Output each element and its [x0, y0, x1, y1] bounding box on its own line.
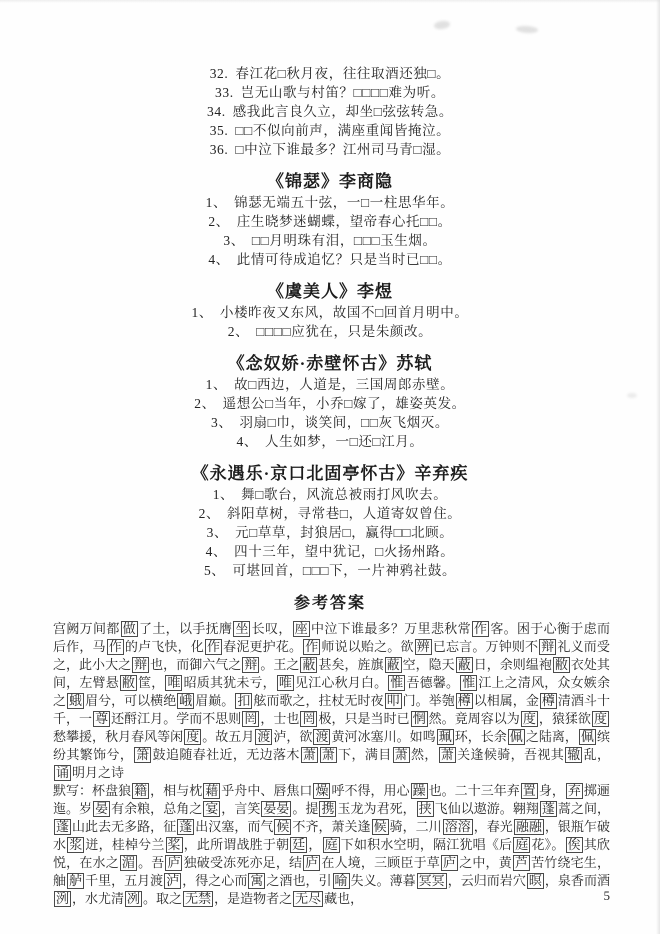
scan-edge-right [656, 0, 660, 934]
quiz-item: 5、可堪回首，□□□下，一片神鸦社鼓。 [0, 561, 660, 580]
quiz-item-text: □□不似向前声，满座重闻皆掩泣。 [235, 123, 450, 138]
boxed-answer-character: 洌 [54, 891, 71, 907]
boxed-answer-character: 躁 [411, 783, 428, 799]
boxed-answer-character: 辩 [539, 639, 556, 655]
boxed-answer-character: 坐 [233, 621, 250, 637]
quiz-item-number: 5、 [204, 563, 225, 578]
boxed-answer-character: 作 [107, 639, 124, 655]
boxed-answer-character: 箫 [134, 747, 151, 763]
quiz-item: 2、遥想公□当年，小乔□嫁了，雄姿英发。 [0, 394, 660, 413]
boxed-answer-character: 罔 [242, 711, 259, 727]
quiz-item: 33.岂无山歌与村笛？□□□□难为听。 [0, 83, 660, 102]
quiz-item: 2、□□□□应犹在，只是朱颜改。 [0, 322, 660, 341]
quiz-item-number: 4、 [208, 252, 229, 267]
boxed-answer-character: 燥 [313, 783, 330, 799]
quiz-item: 36.□中泣下谁最多？江州司马青□湿。 [0, 140, 660, 159]
boxed-answer-character: 度 [184, 729, 201, 745]
quiz-item-number: 1、 [192, 305, 213, 320]
quiz-item: 3、□□月明珠有泪，□□□玉生烟。 [0, 231, 660, 250]
quiz-item-text: 故□西边，人道是，三国周郎赤壁。 [234, 377, 454, 392]
boxed-answer-character: 庐 [303, 855, 320, 871]
quiz-item-text: 小楼昨夜又东风，故国不□回首月明中。 [220, 305, 468, 320]
quiz-item-text: □□月明珠有泪，□□□玉生烟。 [252, 233, 437, 248]
scan-artifact [627, 393, 637, 398]
quiz-item-number: 33. [215, 85, 234, 100]
quiz-body: 32.春江花□秋月夜，往往取酒还独□。33.岂无山歌与村笛？□□□□难为听。34… [0, 0, 660, 580]
boxed-answer-character: 冽 [125, 891, 142, 907]
quiz-item-text: □中泣下谁最多？江州司马青□湿。 [235, 142, 450, 157]
boxed-answer-character: 庐 [165, 855, 182, 871]
boxed-answer-character: 作 [303, 639, 320, 655]
quiz-item-number: 2、 [228, 324, 249, 339]
quiz-item-number: 2、 [194, 396, 215, 411]
boxed-answer-character: 蓬 [177, 819, 194, 835]
quiz-item-number: 34. [207, 104, 226, 119]
boxed-answer-character: 座 [293, 621, 310, 637]
boxed-answer-character: 寓 [248, 873, 265, 889]
boxed-answer-character: 辩 [242, 657, 259, 673]
boxed-answer-character: 挟 [417, 801, 434, 817]
boxed-answer-character: 度 [521, 711, 538, 727]
document-page: 32.春江花□秋月夜，往往取酒还独□。33.岂无山歌与村笛？□□□□难为听。34… [0, 0, 660, 934]
quiz-item-text: 遥想公□当年，小乔□嫁了，雄姿英发。 [223, 396, 466, 411]
boxed-answer-character: 俟 [566, 837, 583, 853]
quiz-item-number: 3、 [211, 415, 232, 430]
boxed-answer-character: 辨 [415, 639, 432, 655]
boxed-answer-character: 渡 [313, 729, 330, 745]
quiz-item-text: 春江花□秋月夜，往往取酒还独□。 [235, 66, 450, 81]
quiz-item-text: 人生如梦，一□还□江月。 [265, 434, 424, 449]
boxed-answer-character: 候 [274, 819, 291, 835]
boxed-answer-character: 叩 [385, 693, 402, 709]
quiz-item-text: 可堪回首，□□□下，一片神鸦社鼓。 [232, 563, 456, 578]
boxed-answer-character: 庭 [323, 837, 340, 853]
boxed-answer-character: 冥冥 [417, 873, 447, 889]
boxed-answer-character: 渡 [255, 729, 272, 745]
boxed-answer-character: 蔽 [300, 657, 317, 673]
boxed-answer-character: 扣 [235, 693, 252, 709]
boxed-answer-character: 晏晏 [261, 801, 291, 817]
boxed-answer-character: 樽 [456, 693, 473, 709]
answer-paragraph: 宫阙万间都做了土，以手抚膺坐长叹，座中泣下谁最多？万里悲秋常作客。困于心衡于虑而… [53, 620, 610, 782]
quiz-item: 4、此情可待成追忆？只是当时已□□。 [0, 250, 660, 269]
quiz-item: 1、故□西边，人道是，三国周郎赤壁。 [0, 375, 660, 394]
boxed-answer-character: 佩 [579, 729, 596, 745]
boxed-answer-character: 珮 [437, 729, 454, 745]
quiz-item-number: 3、 [207, 525, 228, 540]
scan-edge-top [0, 0, 660, 3]
quiz-item-text: 四十三年，望中犹记，□火扬州路。 [234, 544, 454, 559]
quiz-item-text: 羽扇□巾，谈笑间，□□灰飞烟灭。 [239, 415, 449, 430]
quiz-item-number: 1、 [206, 377, 227, 392]
boxed-answer-character: 庭 [513, 837, 530, 853]
poem-title: 《虞美人》李煜 [0, 281, 660, 303]
boxed-answer-character: 作 [205, 639, 222, 655]
boxed-answer-character: 晏 [93, 801, 110, 817]
boxed-answer-character: 溶溶 [443, 819, 473, 835]
quiz-item-number: 2、 [199, 506, 220, 521]
boxed-answer-character: 惟 [460, 675, 477, 691]
boxed-answer-character: 蔽 [385, 657, 402, 673]
boxed-answer-character: 携 [319, 801, 336, 817]
boxed-answer-character: 廷 [290, 837, 307, 853]
boxed-answer-character: 藉 [203, 783, 220, 799]
boxed-answer-character: 度 [592, 711, 609, 727]
quiz-item-number: 1、 [206, 195, 227, 210]
quiz-item-text: □□□□应犹在，只是朱颜改。 [256, 324, 432, 339]
boxed-answer-character: 芦 [513, 855, 530, 871]
quiz-item: 1、舞□歌台，风流总被雨打风吹去。 [0, 485, 660, 504]
quiz-item: 1、小楼昨夜又东风，故国不□回首月明中。 [0, 303, 660, 322]
boxed-answer-character: 敝 [553, 657, 570, 673]
boxed-answer-character: 做 [121, 621, 138, 637]
boxed-answer-character: 诵 [54, 765, 71, 781]
boxed-answer-character: 敝 [120, 675, 137, 691]
quiz-item-text: 斜阳草树，寻常巷□，人道寄奴曾住。 [227, 506, 461, 521]
quiz-item: 4、人生如梦，一□还□江月。 [0, 432, 660, 451]
quiz-item: 34.感我此言良久立，却坐□弦弦转急。 [0, 102, 660, 121]
boxed-answer-character: 喻 [333, 873, 350, 889]
boxed-answer-character: 惟 [388, 675, 405, 691]
quiz-item: 3、羽扇□巾，谈笑间，□□灰飞烟灭。 [0, 413, 660, 432]
quiz-item-number: 36. [210, 142, 229, 157]
answers-title: 参考答案 [0, 593, 660, 614]
boxed-answer-character: 蓬 [54, 819, 71, 835]
quiz-item-number: 2、 [208, 214, 229, 229]
boxed-answer-character: 作 [472, 621, 489, 637]
boxed-answer-character: 萧 [439, 747, 456, 763]
boxed-answer-character: 无禁 [183, 891, 213, 907]
boxed-answer-character: 浆 [67, 837, 84, 853]
quiz-item-number: 4、 [206, 544, 227, 559]
boxed-answer-character: 融融 [514, 819, 544, 835]
quiz-item: 1、锦瑟无端五十弦，一□一柱思华年。 [0, 193, 660, 212]
boxed-answer-character: 弃 [566, 783, 583, 799]
boxed-answer-character: 萧 [301, 747, 318, 763]
boxed-answer-character: 无尽 [293, 891, 323, 907]
boxed-answer-character: 籍 [132, 783, 149, 799]
boxed-answer-character: 宴 [203, 801, 220, 817]
quiz-item-text: 庄生晓梦迷蝴蝶，望帝春心托□□。 [237, 214, 452, 229]
quiz-item-number: 4、 [237, 434, 258, 449]
page-number: 5 [604, 888, 611, 904]
poem-title: 《念奴娇·赤壁怀古》苏轼 [0, 353, 660, 375]
boxed-answer-character: 蛾 [67, 693, 84, 709]
boxed-answer-character: 候 [372, 819, 389, 835]
boxed-answer-character: 佩 [508, 729, 525, 745]
boxed-answer-character: 萧 [393, 747, 410, 763]
poem-title: 《锦瑟》李商隐 [0, 171, 660, 193]
poem-title: 《永遇乐·京口北固亭怀古》辛弃疾 [0, 463, 660, 485]
quiz-item: 32.春江花□秋月夜，往往取酒还独□。 [0, 64, 660, 83]
quiz-item-text: 感我此言良久立，却坐□弦弦转急。 [233, 104, 453, 119]
boxed-answer-character: 尊 [93, 711, 110, 727]
quiz-item: 4、四十三年，望中犹记，□火扬州路。 [0, 542, 660, 561]
boxed-answer-character: 唯 [277, 675, 294, 691]
answers-body: 宫阙万间都做了土，以手抚膺坐长叹，座中泣下谁最多？万里悲秋常作客。困于心衡于虑而… [53, 620, 610, 908]
quiz-item-number: 1、 [213, 487, 234, 502]
quiz-item-text: 舞□歌台，风流总被雨打风吹去。 [241, 487, 447, 502]
boxed-answer-character: 置 [521, 783, 538, 799]
boxed-answer-character: 暝 [527, 873, 544, 889]
boxed-answer-character: 辙 [565, 747, 582, 763]
quiz-item: 3、元□草草，封狼居□，赢得□□北顾。 [0, 523, 660, 542]
boxed-answer-character: 惘 [411, 711, 428, 727]
quiz-item-text: 锦瑟无端五十弦，一□一柱思华年。 [234, 195, 454, 210]
boxed-answer-character: 泸 [164, 873, 181, 889]
quiz-item-text: 岂无山歌与村笛？□□□□难为听。 [241, 85, 445, 100]
boxed-answer-character: 唯 [165, 675, 182, 691]
boxed-answer-character: 峨 [177, 693, 194, 709]
boxed-answer-character: 萧 [320, 747, 337, 763]
quiz-item: 2、斜阳草树，寻常巷□，人道寄奴曾住。 [0, 504, 660, 523]
quiz-item: 2、庄生晓梦迷蝴蝶，望帝春心托□□。 [0, 212, 660, 231]
quiz-item-text: 此情可待成追忆？只是当时已□□。 [237, 252, 452, 267]
boxed-answer-character: 庐 [441, 855, 458, 871]
answer-paragraph: 默写：杯盘狼籍，相与枕藉乎舟中、唇焦口燥呼不得，用心躁也。二十三年弃置身，弃掷逦… [53, 782, 610, 908]
boxed-answer-character: 舻 [67, 873, 84, 889]
boxed-answer-character: 辩 [132, 657, 149, 673]
boxed-answer-character: 蓬 [540, 801, 557, 817]
quiz-item-number: 32. [210, 66, 229, 81]
quiz-item-number: 3、 [223, 233, 244, 248]
boxed-answer-character: 桨 [166, 837, 183, 853]
boxed-answer-character: 湄 [120, 855, 137, 871]
boxed-answer-character: 罔 [300, 711, 317, 727]
quiz-item: 35.□□不似向前声，满座重闻皆掩泣。 [0, 121, 660, 140]
quiz-item-text: 元□草草，封狼居□，赢得□□北顾。 [235, 525, 453, 540]
quiz-item-number: 35. [210, 123, 229, 138]
boxed-answer-character: 蔽 [456, 657, 473, 673]
boxed-answer-character: 樽 [540, 693, 557, 709]
